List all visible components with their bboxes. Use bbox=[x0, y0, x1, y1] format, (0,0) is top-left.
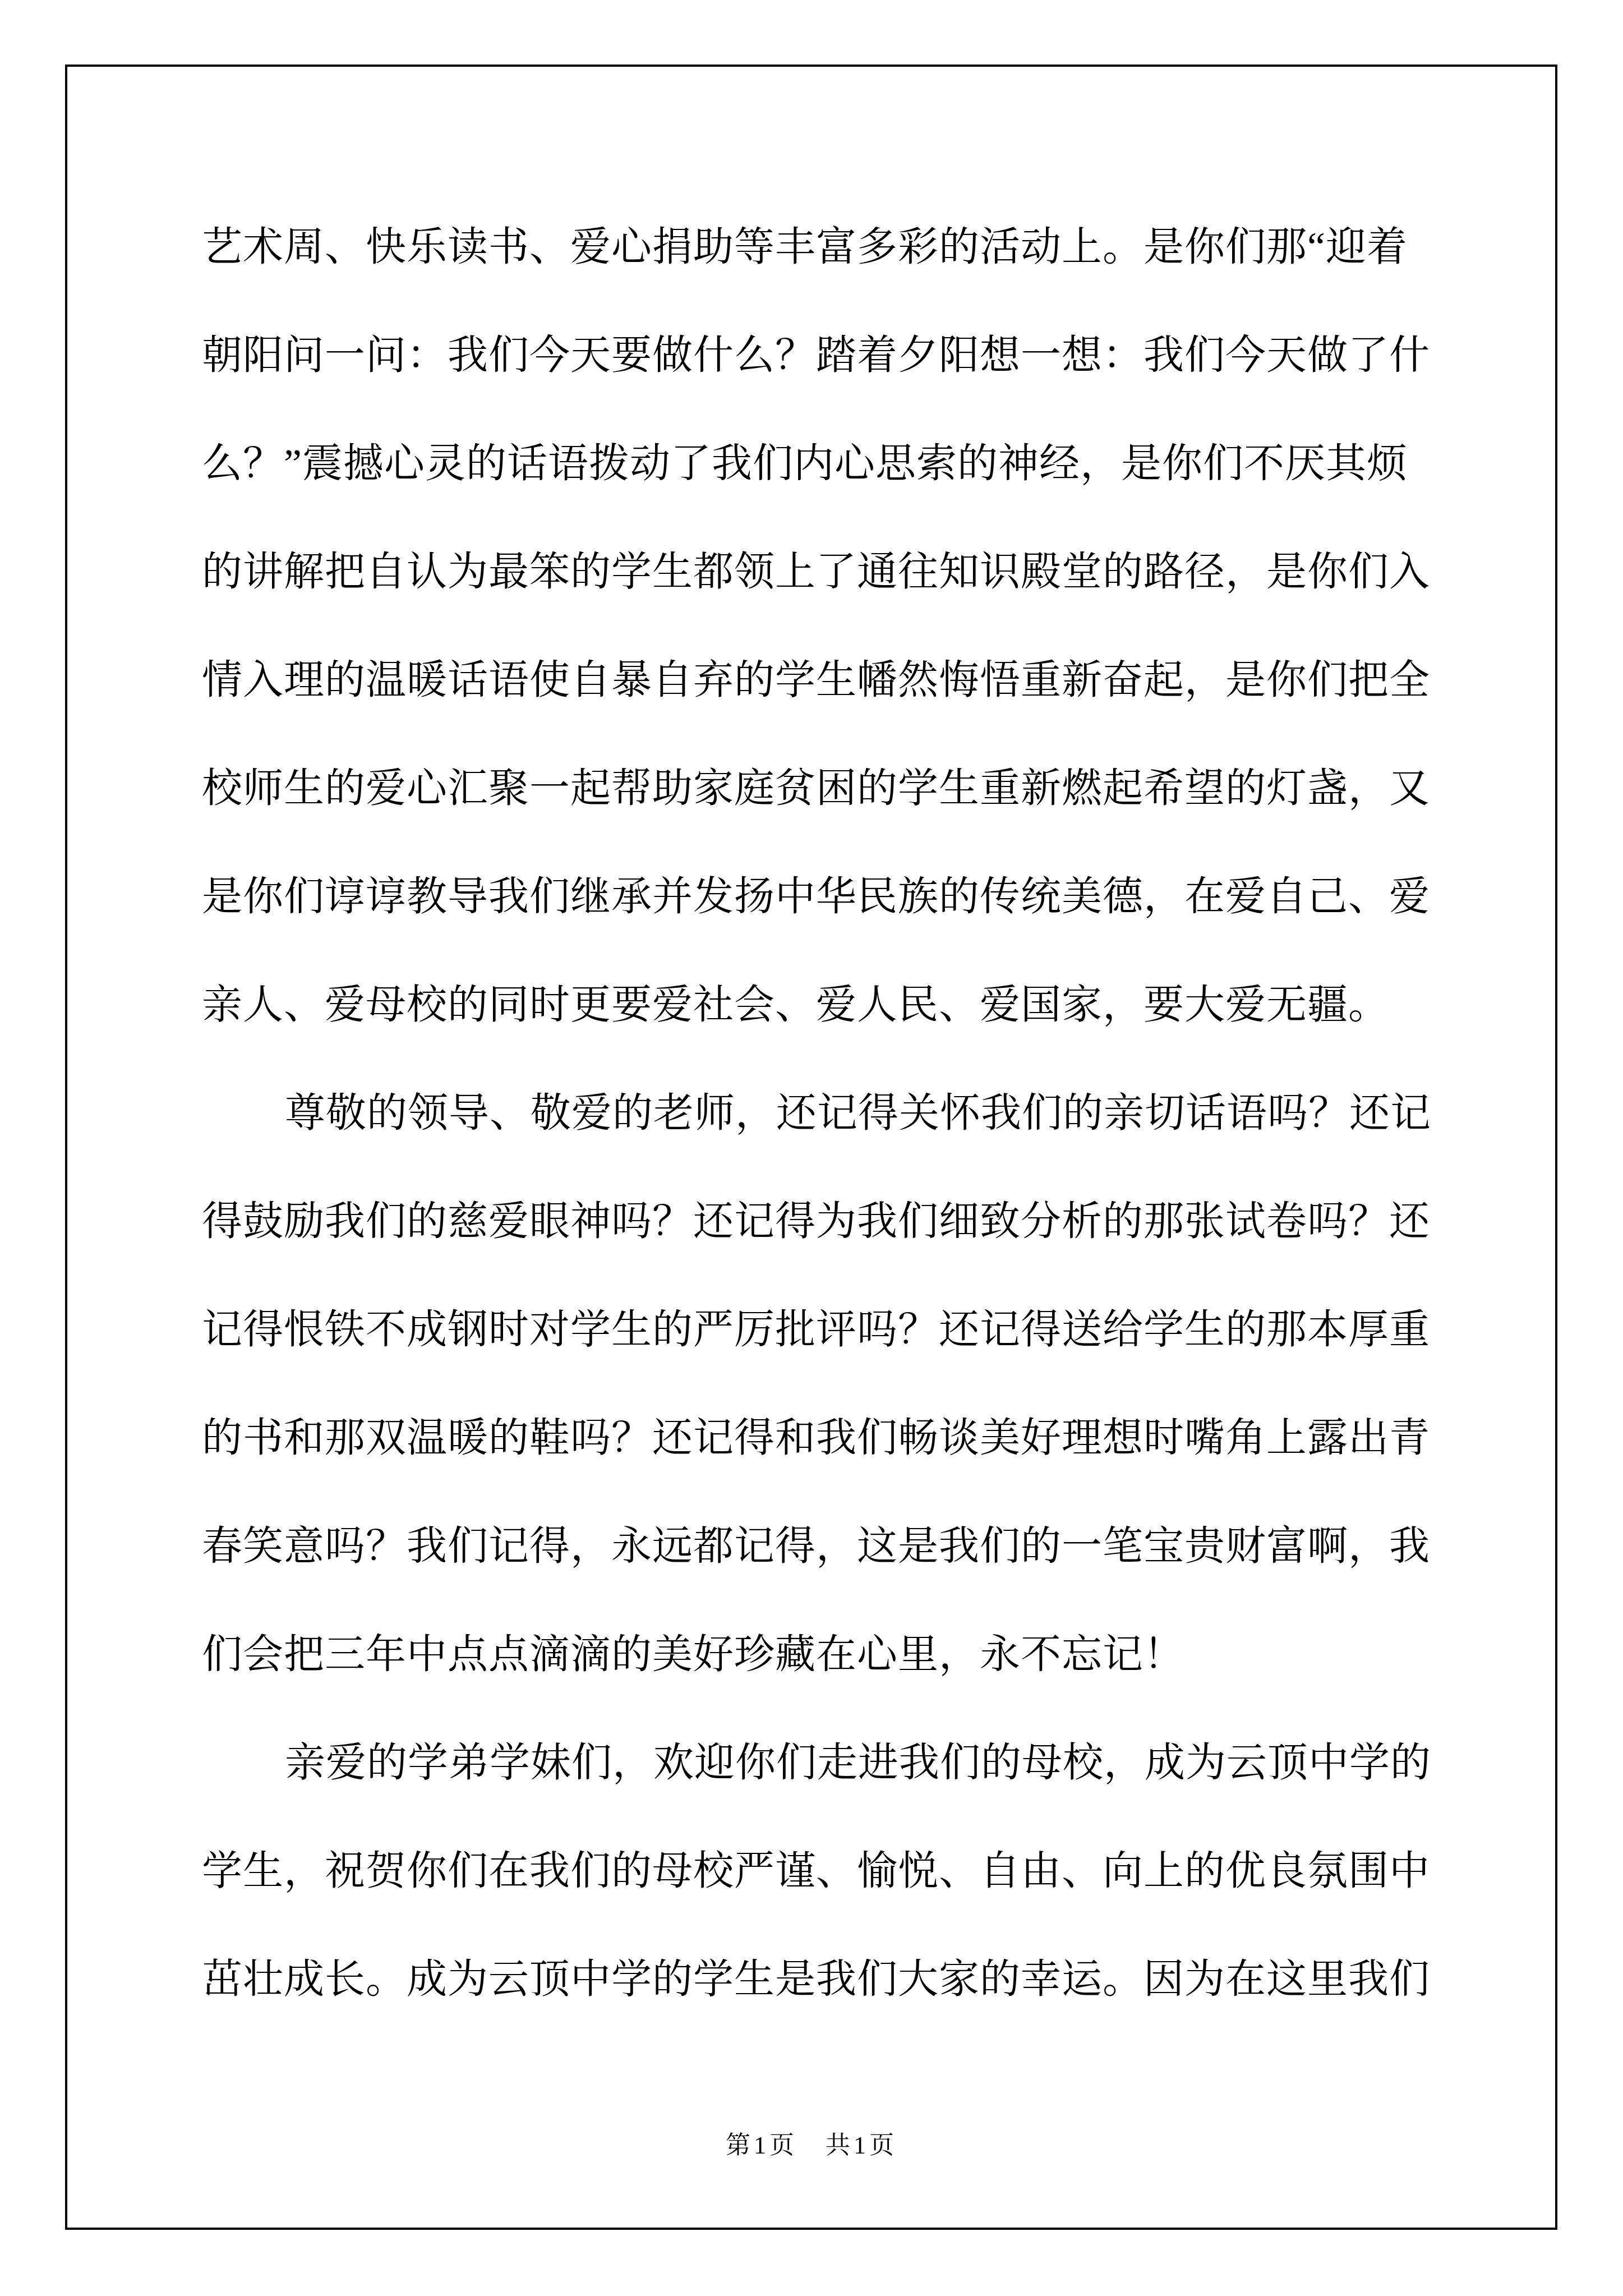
text-line: 记得恨铁不成钢时对学生的严厉批评吗？还记得送给学生的那本厚重 bbox=[202, 1276, 1421, 1384]
text-line: 朝阳问一问：我们今天要做什么？踏着夕阳想一想：我们今天做了什 bbox=[202, 301, 1421, 409]
text-line: 的书和那双温暖的鞋吗？还记得和我们畅谈美好理想时嘴角上露出青 bbox=[202, 1384, 1421, 1492]
text-line: 亲爱的学弟学妹们，欢迎你们走进我们的母校，成为云顶中学的 bbox=[202, 1709, 1421, 1817]
text-line: 校师生的爱心汇聚一起帮助家庭贫困的学生重新燃起希望的灯盏，又 bbox=[202, 734, 1421, 843]
text-line: 们会把三年中点点滴滴的美好珍藏在心里，永不忘记！ bbox=[202, 1600, 1421, 1709]
page-footer: 第1页 共1页 bbox=[0, 2129, 1623, 2162]
paragraph: 尊敬的领导、敬爱的老师，还记得关怀我们的亲切话语吗？还记 得鼓励我们的慈爱眼神吗… bbox=[202, 1059, 1421, 1709]
text-line: 的讲解把自认为最笨的学生都领上了通往知识殿堂的路径，是你们入 bbox=[202, 518, 1421, 626]
text-line: 春笑意吗？我们记得，永远都记得，这是我们的一笔宝贵财富啊，我 bbox=[202, 1492, 1421, 1600]
text-line: 茁壮成长。成为云顶中学的学生是我们大家的幸运。因为在这里我们 bbox=[202, 1925, 1421, 2033]
document-page: 艺术周、快乐读书、爱心捐助等丰富多彩的活动上。是你们那“迎着 朝阳问一问：我们今… bbox=[0, 0, 1623, 2296]
text-line: 尊敬的领导、敬爱的老师，还记得关怀我们的亲切话语吗？还记 bbox=[202, 1059, 1421, 1167]
text-line: 亲人、爱母校的同时更要爱社会、爱人民、爱国家，要大爱无疆。 bbox=[202, 951, 1421, 1059]
text-line: 么？”震撼心灵的话语拨动了我们内心思索的神经，是你们不厌其烦 bbox=[202, 409, 1421, 518]
text-line: 学生，祝贺你们在我们的母校严谨、愉悦、自由、向上的优良氛围中 bbox=[202, 1817, 1421, 1925]
text-line: 情入理的温暖话语使自暴自弃的学生幡然悔悟重新奋起，是你们把全 bbox=[202, 626, 1421, 734]
text-line: 是你们谆谆教导我们继承并发扬中华民族的传统美德，在爱自己、爱 bbox=[202, 843, 1421, 951]
paragraph: 艺术周、快乐读书、爱心捐助等丰富多彩的活动上。是你们那“迎着 朝阳问一问：我们今… bbox=[202, 193, 1421, 1059]
text-line: 艺术周、快乐读书、爱心捐助等丰富多彩的活动上。是你们那“迎着 bbox=[202, 193, 1421, 301]
paragraph: 亲爱的学弟学妹们，欢迎你们走进我们的母校，成为云顶中学的 学生，祝贺你们在我们的… bbox=[202, 1709, 1421, 2033]
document-body-text: 艺术周、快乐读书、爱心捐助等丰富多彩的活动上。是你们那“迎着 朝阳问一问：我们今… bbox=[202, 193, 1421, 2033]
text-line: 得鼓励我们的慈爱眼神吗？还记得为我们细致分析的那张试卷吗？还 bbox=[202, 1167, 1421, 1276]
